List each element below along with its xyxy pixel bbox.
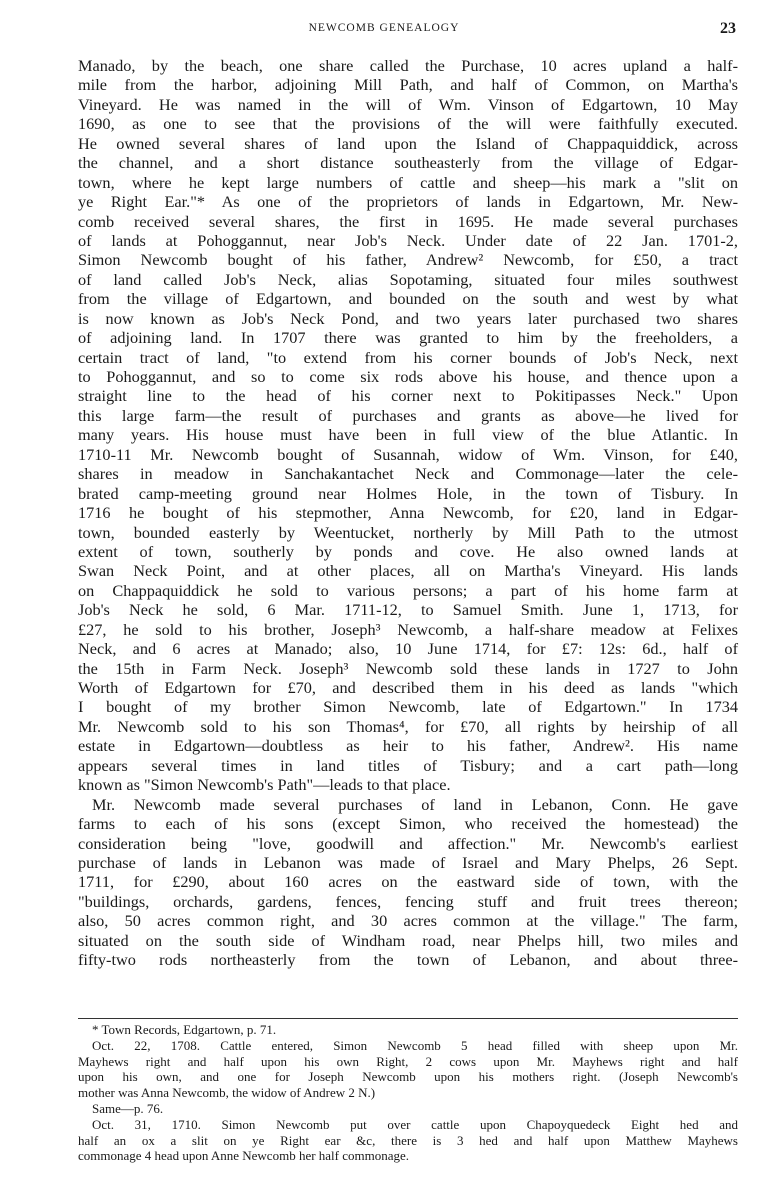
text-line: of land called Job's Neck, alias Sopotam…	[78, 270, 738, 289]
footnote-divider	[78, 1018, 738, 1019]
page-number: 23	[720, 20, 736, 38]
text-line: consideration being "love, goodwill and …	[78, 834, 738, 853]
text-line: extent of town, southerly by ponds and c…	[78, 542, 738, 561]
text-line: Job's Neck he sold, 6 Mar. 1711-12, to S…	[78, 600, 738, 619]
footnote-line: upon his own, and one for Joseph Newcomb…	[78, 1069, 738, 1085]
text-line: appears several times in land titles of …	[78, 756, 738, 775]
footnote-line: commonage 4 head upon Anne Newcomb her h…	[78, 1148, 738, 1164]
text-line: shares in meadow in Sanchakantachet Neck…	[78, 464, 738, 483]
body-text: Manado, by the beach, one share called t…	[78, 56, 738, 970]
text-line: situated on the south side of Windham ro…	[78, 931, 738, 950]
text-line: from the village of Edgartown, and bound…	[78, 289, 738, 308]
text-line: 1710-11 Mr. Newcomb bought of Susannah, …	[78, 445, 738, 464]
text-line: the 15th in Farm Neck. Joseph³ Newcomb s…	[78, 659, 738, 678]
text-line: farms to each of his sons (except Simon,…	[78, 814, 738, 833]
text-line: this large farm—the result of purchases …	[78, 406, 738, 425]
text-line: to Pohoggannut, and so to come six rods …	[78, 367, 738, 386]
footnote-line: mother was Anna Newcomb, the widow of An…	[78, 1085, 738, 1101]
text-line: £27, he sold to his brother, Joseph³ New…	[78, 620, 738, 639]
footnotes: * Town Records, Edgartown, p. 71. Oct. 2…	[78, 1022, 738, 1164]
text-line: I bought of my brother Simon Newcomb, la…	[78, 697, 738, 716]
text-line: of adjoining land. In 1707 there was gra…	[78, 328, 738, 347]
text-line: Mr. Newcomb sold to his son Thomas⁴, for…	[78, 717, 738, 736]
text-line: ye Right Ear."* As one of the proprietor…	[78, 192, 738, 211]
text-line: Worth of Edgartown for £70, and describe…	[78, 678, 738, 697]
text-line: on Chappaquiddick he sold to various per…	[78, 581, 738, 600]
text-line: 1711, for £290, about 160 acres on the e…	[78, 872, 738, 891]
text-line: fifty-two rods northeasterly from the to…	[78, 950, 738, 969]
footnote-line: Mayhews right and half upon his own Righ…	[78, 1054, 738, 1070]
text-line: Vineyard. He was named in the will of Wm…	[78, 95, 738, 114]
text-line: "buildings, orchards, gardens, fences, f…	[78, 892, 738, 911]
text-line: the channel, and a short distance southe…	[78, 153, 738, 172]
text-line: town, bounded easterly by Weentucket, no…	[78, 523, 738, 542]
text-line: 1716 he bought of his stepmother, Anna N…	[78, 503, 738, 522]
text-line: also, 50 acres common right, and 30 acre…	[78, 911, 738, 930]
text-line: Manado, by the beach, one share called t…	[78, 56, 738, 75]
running-head: NEWCOMB GENEALOGY 23	[0, 20, 768, 40]
text-line: mile from the harbor, adjoining Mill Pat…	[78, 75, 738, 94]
text-line: many years. His house must have been in …	[78, 425, 738, 444]
text-line: known as "Simon Newcomb's Path"—leads to…	[78, 775, 738, 794]
footnote-line: Same—p. 76.	[78, 1101, 738, 1117]
text-line: estate in Edgartown—doubtless as heir to…	[78, 736, 738, 755]
text-line: straight line to the head of his corner …	[78, 386, 738, 405]
footnote-line: * Town Records, Edgartown, p. 71.	[78, 1022, 738, 1038]
text-line: certain tract of land, "to extend from h…	[78, 348, 738, 367]
text-line: Simon Newcomb bought of his father, Andr…	[78, 250, 738, 269]
text-line: 1690, as one to see that the provisions …	[78, 114, 738, 133]
text-line: purchase of lands in Lebanon was made of…	[78, 853, 738, 872]
footnote-line: Oct. 31, 1710. Simon Newcomb put over ca…	[78, 1117, 738, 1133]
text-line: Neck, and 6 acres at Manado; also, 10 Ju…	[78, 639, 738, 658]
text-line: He owned several shares of land upon the…	[78, 134, 738, 153]
running-title: NEWCOMB GENEALOGY	[0, 22, 768, 34]
text-line: comb received several shares, the first …	[78, 212, 738, 231]
text-line: is now known as Job's Neck Pond, and two…	[78, 309, 738, 328]
text-line: of lands at Pohoggannut, near Job's Neck…	[78, 231, 738, 250]
text-line: town, where he kept large numbers of cat…	[78, 173, 738, 192]
footnote-line: Oct. 22, 1708. Cattle entered, Simon New…	[78, 1038, 738, 1054]
footnote-line: half an ox a slit on ye Right ear &c, th…	[78, 1133, 738, 1149]
text-line: Mr. Newcomb made several purchases of la…	[78, 795, 738, 814]
text-line: brated camp-meeting ground near Holmes H…	[78, 484, 738, 503]
text-line: Swan Neck Point, and at other places, al…	[78, 561, 738, 580]
